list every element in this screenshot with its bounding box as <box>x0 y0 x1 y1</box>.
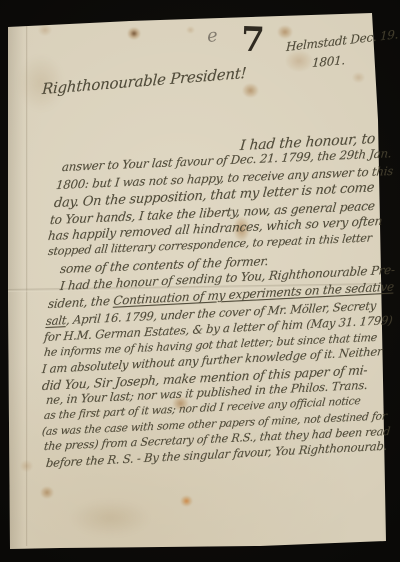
pencil-mark: e <box>206 25 219 47</box>
foxing-stain <box>186 26 195 34</box>
foxing-stain <box>352 72 365 83</box>
foxing-stain <box>277 25 293 39</box>
photo-stage: e 7 Helmstadt Dec. 19. 1801. Righthonour… <box>0 0 400 562</box>
foxing-stain <box>180 495 193 507</box>
foxing-stain <box>242 83 259 98</box>
foxing-stain <box>127 27 141 40</box>
dateline-year: 1801. <box>312 53 346 70</box>
foxing-stain <box>20 460 33 472</box>
foxing-stain <box>70 500 150 536</box>
foxing-stain <box>38 24 52 36</box>
foxing-stain <box>40 486 54 499</box>
folio-number: 7 <box>240 20 265 61</box>
line-text-underlined: salt <box>45 313 67 328</box>
